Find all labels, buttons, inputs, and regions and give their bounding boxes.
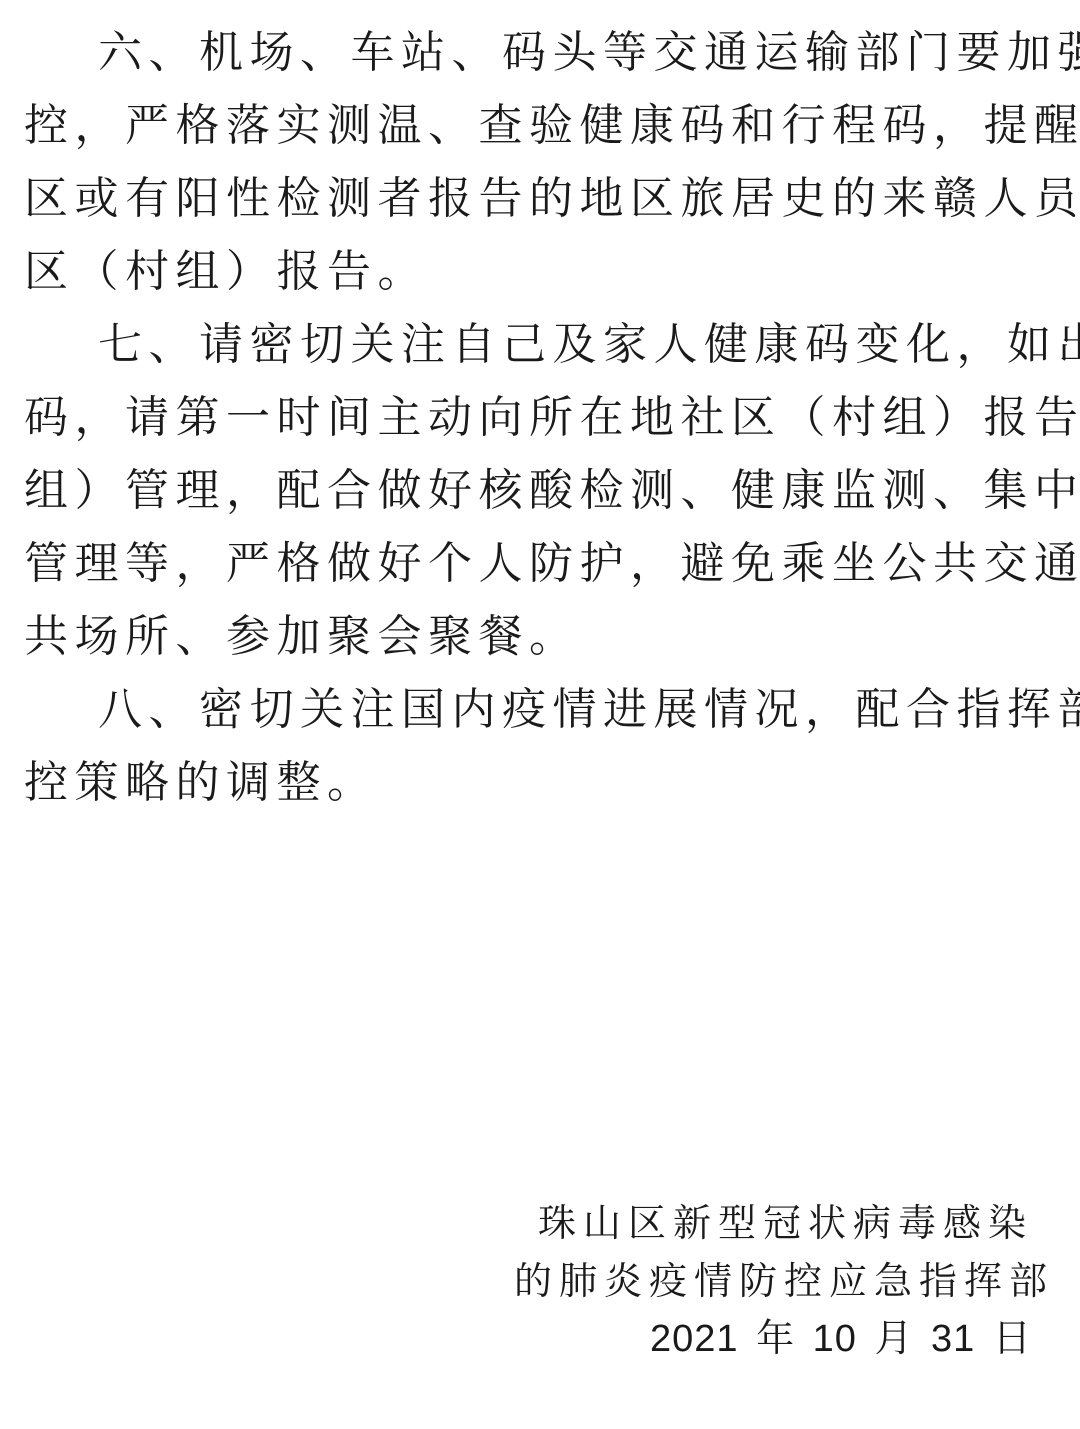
paragraph-line: 七、请密切关注自己及家人健康码变化，如出现红码或黄: [24, 308, 1056, 381]
paragraph-line: 八、密切关注国内疫情进展情况，配合指挥部落实相应防: [24, 673, 1056, 746]
paragraph-8: 八、密切关注国内疫情进展情况，配合指挥部落实相应防 控策略的调整。: [24, 673, 1056, 819]
paragraph-line: 共场所、参加聚会聚餐。: [24, 600, 1056, 673]
paragraph-7: 七、请密切关注自己及家人健康码变化，如出现红码或黄 码，请第一时间主动向所在地社…: [24, 308, 1056, 673]
issuing-organization-line-2: 的肺炎疫情防控应急指挥部: [500, 1252, 980, 1310]
paragraph-line: 区（村组）报告。: [24, 235, 1056, 308]
paragraph-6: 六、机场、车站、码头等交通运输部门要加强人员排查管 控，严格落实测温、查验健康码…: [24, 16, 1056, 308]
signature-block: 珠山区新型冠状病毒感染 的肺炎疫情防控应急指挥部 2021 年 10 月 31 …: [500, 1194, 980, 1368]
paragraph-line: 组）管理，配合做好核酸检测、健康监测、集中（居家）隔离: [24, 454, 1056, 527]
document-page: 六、机场、车站、码头等交通运输部门要加强人员排查管 控，严格落实测温、查验健康码…: [0, 0, 1080, 1429]
paragraph-line: 管理等，严格做好个人防护，避免乘坐公共交通工具、出入公: [24, 527, 1056, 600]
paragraph-line: 控策略的调整。: [24, 746, 1056, 819]
paragraph-line: 区或有阳性检测者报告的地区旅居史的来赣人员主动向所在社: [24, 162, 1056, 235]
paragraph-line: 控，严格落实测温、查验健康码和行程码，提醒有中高风险地: [24, 89, 1056, 162]
issue-date: 2021 年 10 月 31 日: [500, 1310, 980, 1368]
paragraph-line: 六、机场、车站、码头等交通运输部门要加强人员排查管: [24, 16, 1056, 89]
paragraph-line: 码，请第一时间主动向所在地社区（村组）报告，接受社区（村: [24, 381, 1056, 454]
issuing-organization-line-1: 珠山区新型冠状病毒感染: [500, 1194, 980, 1252]
document-body: 六、机场、车站、码头等交通运输部门要加强人员排查管 控，严格落实测温、查验健康码…: [24, 16, 1056, 819]
